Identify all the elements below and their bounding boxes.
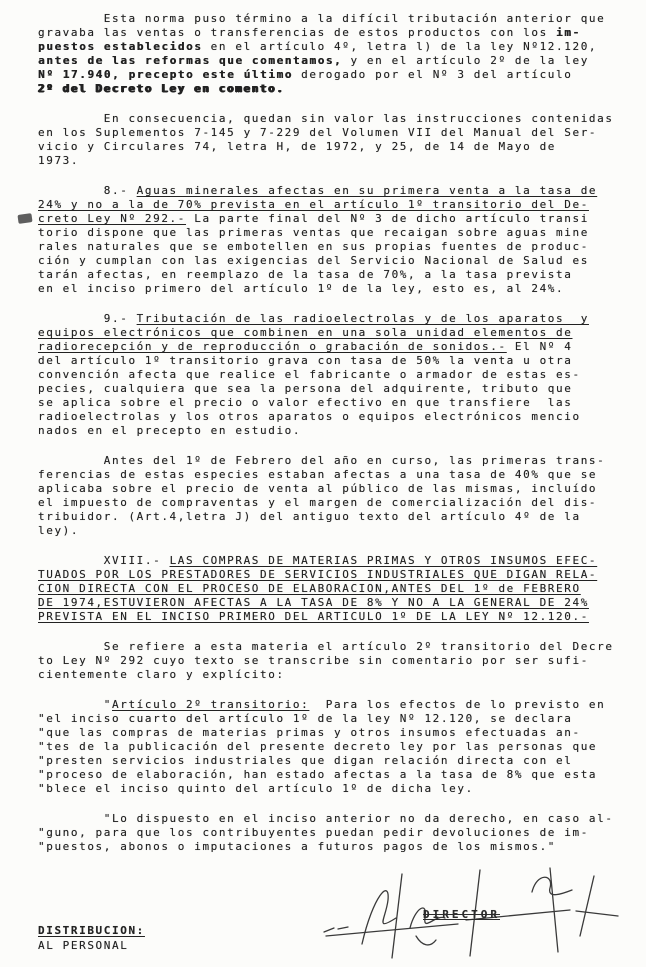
text-segment: " (38, 698, 112, 711)
para-consecuencia: En consecuencia, quedan sin valor las in… (38, 112, 632, 168)
text-segment: Esta norma puso término a la difícil tri… (38, 12, 605, 39)
text-segment: y en el artículo 2º de la ley (342, 54, 589, 67)
signature-title: DIRECTOR (423, 908, 500, 922)
document-body: Esta norma puso término a la difícil tri… (38, 12, 632, 870)
text-segment: "Lo dispuesto en el inciso anterior no d… (38, 812, 614, 853)
para-seccion-9-radioelectrolas: 9.- Tributación de las radioelectrolas y… (38, 312, 632, 438)
text-segment: En consecuencia, quedan sin valor las in… (38, 112, 614, 167)
signature-block: DIRECTOR (318, 866, 628, 964)
text-segment: XVIII.- (38, 554, 170, 567)
text-segment: 2º del Decreto Ley en comento. (38, 82, 285, 95)
text-segment: Se refiere a esta materia el artículo 2º… (38, 640, 614, 681)
para-antes-febrero: Antes del 1º de Febrero del año en curso… (38, 454, 632, 538)
para-intro: Esta norma puso término a la difícil tri… (38, 12, 632, 96)
text-segment: antes de las reformas que comentamos, (38, 54, 342, 67)
text-segment: en el artículo 4º, letra l) de la ley Nº… (202, 40, 597, 53)
text-segment: 9.- (38, 312, 137, 325)
distribution-label: DISTRIBUCION: (38, 924, 145, 938)
text-segment: El Nº 4 del artículo 1º transitorio grav… (38, 340, 581, 437)
ink-smudge (17, 213, 32, 224)
para-seccion-8-aguas-minerales: 8.- Aguas minerales afectas en su primer… (38, 184, 632, 296)
distribution-value: AL PERSONAL (38, 939, 145, 953)
text-segment: Nº 17.940, precepto este último (38, 68, 293, 81)
text-segment: Artículo 2º transitorio: (112, 698, 309, 711)
text-segment: Antes del 1º de Febrero del año en curso… (38, 454, 605, 537)
para-seccion-18-compras-materias-primas: XVIII.- LAS COMPRAS DE MATERIAS PRIMAS Y… (38, 554, 632, 624)
text-segment: Para los efectos de lo previsto en "el i… (38, 698, 605, 795)
para-articulo-2-transitorio: "Artículo 2º transitorio: Para los efect… (38, 698, 632, 796)
document-page: Esta norma puso término a la difícil tri… (0, 0, 646, 967)
distribution-footer: DISTRIBUCION: AL PERSONAL (38, 924, 145, 953)
text-segment: derogado por el Nº 3 del artículo (293, 68, 573, 81)
para-lo-dispuesto: "Lo dispuesto en el inciso anterior no d… (38, 812, 632, 854)
text-segment: 8.- (38, 184, 137, 197)
para-se-refiere: Se refiere a esta materia el artículo 2º… (38, 640, 632, 682)
